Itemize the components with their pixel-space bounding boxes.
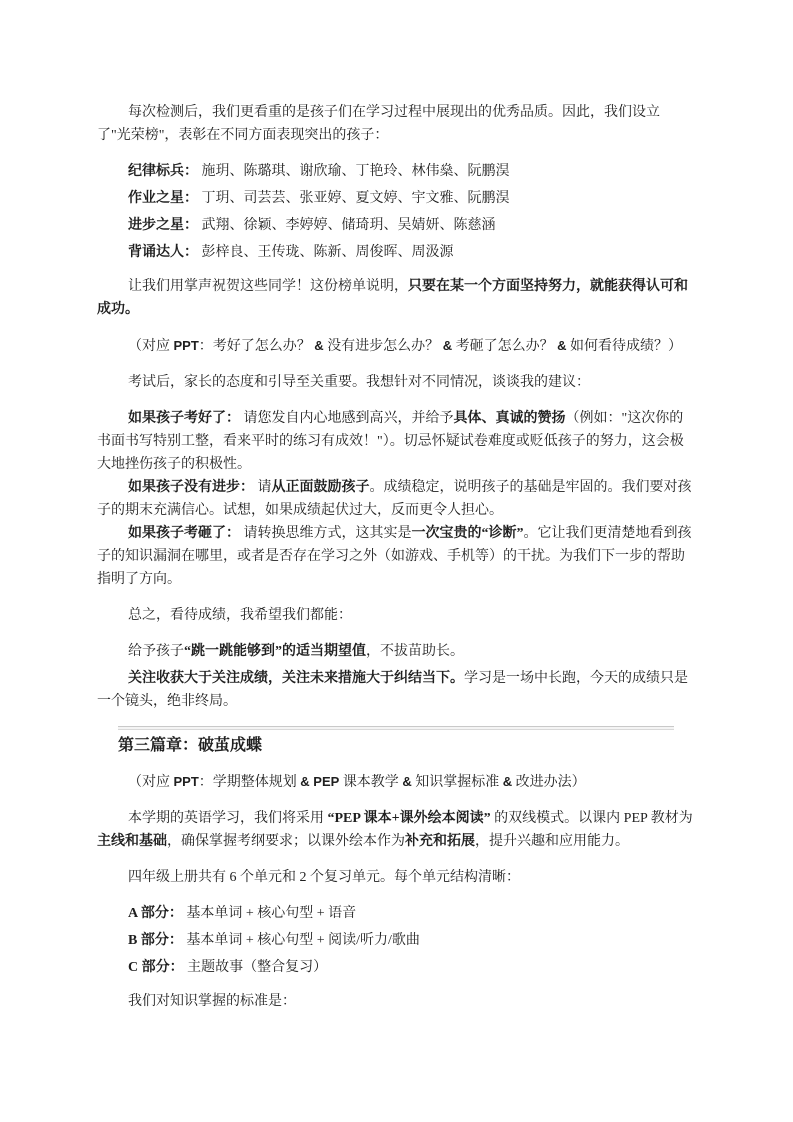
unit-part-c: C 部分： 主题故事（整合复习） <box>97 956 693 979</box>
text-run-bold: & PEP <box>300 774 339 789</box>
text-run: ：学期整体规划 <box>199 775 301 790</box>
paragraph-applause: 让我们用掌声祝贺这些同学！这份榜单说明，只要在某一个方面坚持努力，就能获得认可和… <box>97 275 693 321</box>
advice-bad-score: 如果孩子考砸了： 请转换思维方式，这其实是一次宝贵的“诊断”。它让我们更清楚地看… <box>97 522 693 591</box>
section-divider <box>118 726 674 730</box>
text-run: 请 <box>254 480 272 495</box>
advice-no-progress: 如果孩子没有进步： 请从正面鼓励孩子。成绩稳定，说明孩子的基础是牢固的。我们要对… <box>97 476 693 522</box>
text-run: （对应 <box>128 775 174 790</box>
text-run: 让我们用掌声祝贺这些同学！这份榜单说明， <box>128 279 408 294</box>
text-run: 的双线模式。以课内 PEP 教材为 <box>491 811 693 826</box>
paragraph-exam-attitude: 考试后，家长的态度和引导至关重要。我想针对不同情况，谈谈我的建议： <box>97 371 693 394</box>
ppt-reference-1: （对应 PPT：考好了怎么办？ & 没有进步怎么办？ & 考砸了怎么办？ & 如… <box>97 334 693 358</box>
text-run: 我们对知识掌握的标准是： <box>128 994 296 1009</box>
expectation-line: 给予孩子“跳一跳能够到”的适当期望值，不拔苗助长。 <box>97 640 693 663</box>
focus-line: 关注收获大于关注成绩，关注未来措施大于纠结当下。学习是一场中长跑，今天的成绩只是… <box>97 667 693 713</box>
text-run: 知识掌握标准 <box>412 775 503 790</box>
unit-part-a: A 部分： 基本单词 + 核心句型 + 语音 <box>97 902 693 925</box>
text-run: ：考好了怎么办？ <box>199 339 315 354</box>
paragraph-summary-lead: 总之，看待成绩，我希望我们都能： <box>97 604 693 627</box>
honor-roll-names: 彭梓良、王传珑、陈新、周俊晖、周汲源 <box>198 245 454 260</box>
ampersand: & <box>443 338 452 353</box>
unit-part-label: A 部分： <box>128 906 183 921</box>
paragraph-honor-intro: 每次检测后，我们更看重的是孩子们在学习过程中展现出的优秀品质。因此，我们设立了"… <box>97 101 693 147</box>
text-run-bold: 补充和拓展 <box>405 834 475 849</box>
text-run: 考砸了怎么办？ <box>452 339 557 354</box>
honor-roll-recitation: 背诵达人： 彭梓良、王传珑、陈新、周俊晖、周汲源 <box>97 241 693 264</box>
unit-part-content: 基本单词 + 核心句型 + 阅读/听力/歌曲 <box>183 933 420 948</box>
unit-part-label: C 部分： <box>128 960 184 975</box>
section-heading: 第三篇章：破茧成蝶 <box>118 734 693 758</box>
paragraph-unit-structure: 四年级上册共有 6 个单元和 2 个复习单元。每个单元结构清晰： <box>97 866 693 889</box>
document-page: 每次检测后，我们更看重的是孩子们在学习过程中展现出的优秀品质。因此，我们设立了"… <box>0 0 793 1122</box>
honor-roll-homework: 作业之星： 丁玥、司芸芸、张亚婷、夏文婷、宇文雅、阮鹏淏 <box>97 187 693 210</box>
text-run: 给予孩子 <box>128 644 184 659</box>
text-run: 四年级上册共有 6 个单元和 2 个复习单元。每个单元结构清晰： <box>128 870 520 885</box>
unit-part-b: B 部分： 基本单词 + 核心句型 + 阅读/听力/歌曲 <box>97 929 693 952</box>
text-run: 请转换思维方式，这其实是 <box>240 526 412 541</box>
ampersand: & <box>402 774 411 789</box>
text-run-bold: 具体、真诚的赞扬 <box>454 411 566 426</box>
text-run-bold: 关注收获大于关注成绩，关注未来措施大于纠结当下。 <box>128 671 464 686</box>
text-run: 课本教学 <box>339 775 402 790</box>
text-run: （对应 <box>128 339 174 354</box>
text-run: ，确保掌握考纲要求；以课外绘本作为 <box>167 834 405 849</box>
ampersand: & <box>503 774 512 789</box>
paragraph-mastery-standard: 我们对知识掌握的标准是： <box>97 990 693 1013</box>
unit-part-content: 基本单词 + 核心句型 + 语音 <box>183 906 356 921</box>
advice-label: 如果孩子考砸了： <box>128 526 240 541</box>
ampersand: & <box>314 338 323 353</box>
honor-roll-names: 丁玥、司芸芸、张亚婷、夏文婷、宇文雅、阮鹏淏 <box>198 191 510 206</box>
text-run: 考试后，家长的态度和引导至关重要。我想针对不同情况，谈谈我的建议： <box>128 375 590 390</box>
text-run: 本学期的英语学习，我们将采用 <box>128 811 328 826</box>
honor-roll-names: 武翔、徐颖、李婷婷、储琦玥、吴婧妍、陈慈涵 <box>198 218 496 233</box>
text-run-bold: 主线和基础 <box>97 834 167 849</box>
advice-good-score: 如果孩子考好了： 请您发自内心地感到高兴，并给予具体、真诚的赞扬（例如："这次你… <box>97 407 693 476</box>
honor-roll-progress: 进步之星： 武翔、徐颖、李婷婷、储琦玥、吴婧妍、陈慈涵 <box>97 214 693 237</box>
text-run: ，提升兴趣和应用能力。 <box>475 834 629 849</box>
text-run: 没有进步怎么办？ <box>324 339 443 354</box>
text-run: 请您发自内心地感到高兴，并给予 <box>240 411 454 426</box>
unit-part-content: 主题故事（整合复习） <box>184 960 328 975</box>
ppt-reference-2: （对应 PPT：学期整体规划 & PEP 课本教学 & 知识掌握标准 & 改进办… <box>97 770 693 794</box>
paragraph-dual-track: 本学期的英语学习，我们将采用 “PEP 课本+课外绘本阅读” 的双线模式。以课内… <box>97 807 693 853</box>
honor-roll-discipline: 纪律标兵： 施玥、陈璐琪、谢欣瑜、丁艳玲、林伟燊、阮鹏淏 <box>97 160 693 183</box>
unit-part-label: B 部分： <box>128 933 183 948</box>
text-run-bold: “PEP 课本+课外绘本阅读” <box>328 811 491 826</box>
text-run: 如何看待成绩？） <box>566 339 682 354</box>
advice-label: 如果孩子考好了： <box>128 411 240 426</box>
honor-roll-label: 纪律标兵： <box>128 164 198 179</box>
honor-roll-label: 进步之星： <box>128 218 198 233</box>
text-run: 每次检测后，我们更看重的是孩子们在学习过程中展现出的优秀品质。因此，我们设立了"… <box>97 105 660 143</box>
text-run-bold: PPT <box>174 338 199 353</box>
text-run-bold: 从正面鼓励孩子 <box>272 480 370 495</box>
text-run-bold: 一次宝贵的“诊断” <box>412 526 524 541</box>
text-run: ，不拔苗助长。 <box>366 644 464 659</box>
honor-roll-label: 作业之星： <box>128 191 198 206</box>
text-run-bold: “跳一跳能够到”的适当期望值 <box>184 644 366 659</box>
text-run: 总之，看待成绩，我希望我们都能： <box>128 608 352 623</box>
honor-roll-names: 施玥、陈璐琪、谢欣瑜、丁艳玲、林伟燊、阮鹏淏 <box>198 164 510 179</box>
text-run: 改进办法） <box>512 775 586 790</box>
advice-label: 如果孩子没有进步： <box>128 480 254 495</box>
honor-roll-label: 背诵达人： <box>128 245 198 260</box>
text-run-bold: PPT <box>174 774 199 789</box>
